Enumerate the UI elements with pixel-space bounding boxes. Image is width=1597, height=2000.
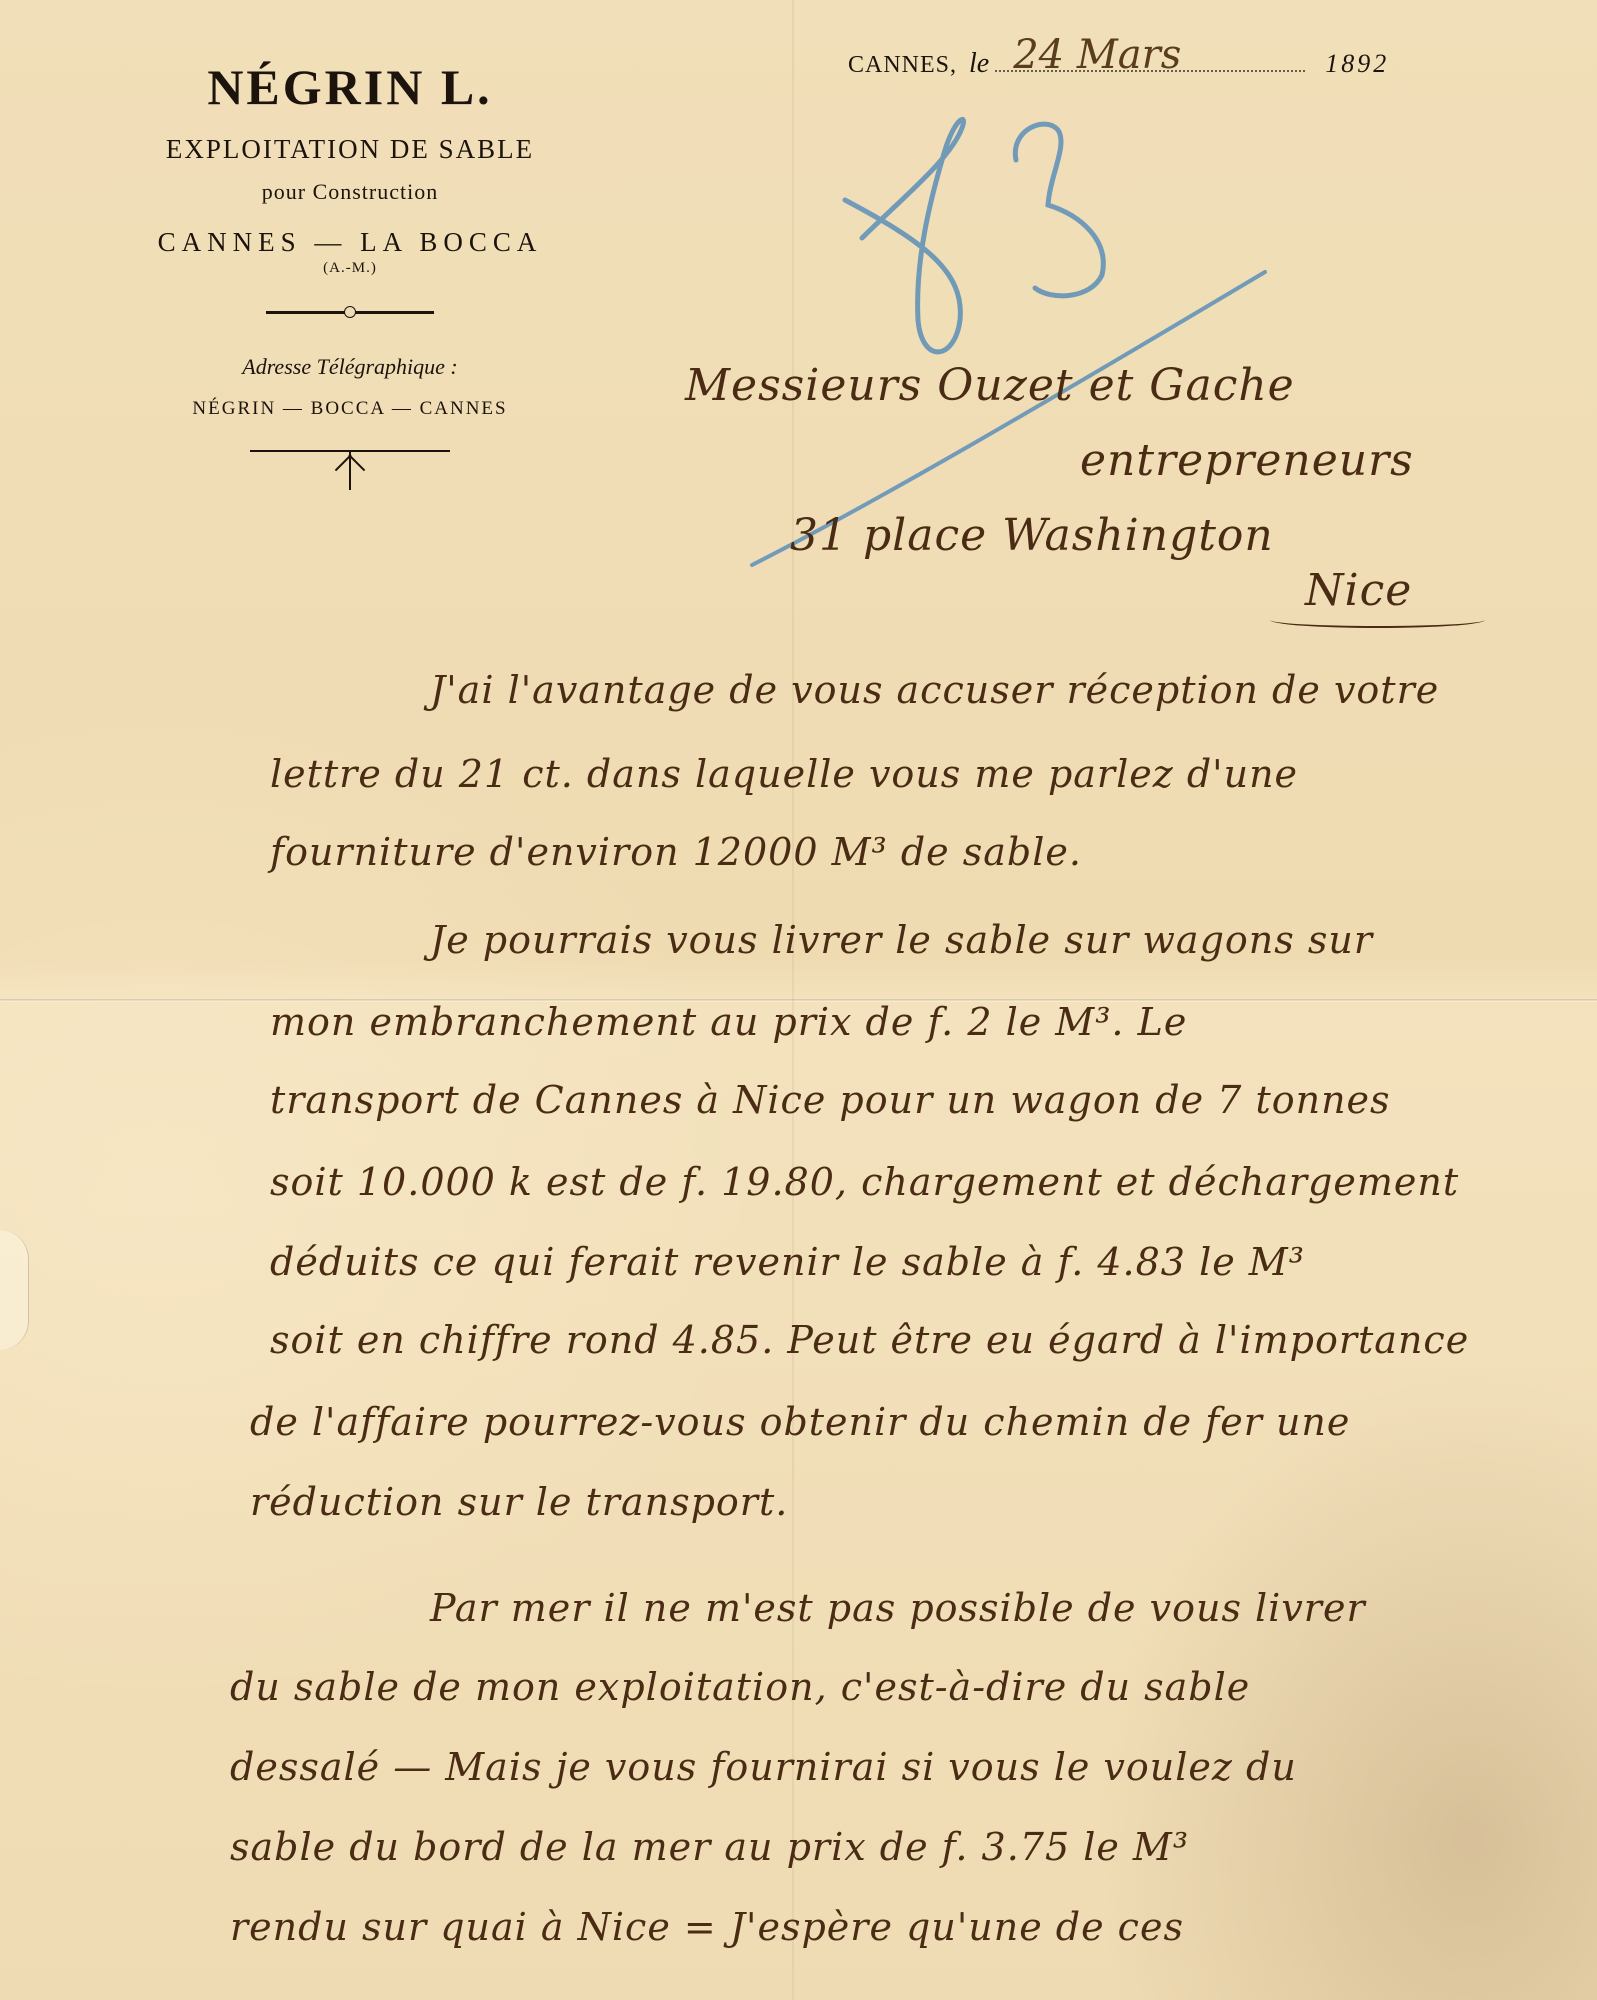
dateline-city: CANNES, <box>848 52 957 78</box>
recipient-line-1: Messieurs Ouzet et Gache <box>685 360 1295 411</box>
edge-tear <box>0 1230 29 1350</box>
telegraph-label: Adresse Télégraphique : <box>100 354 600 380</box>
body-line: déduits ce qui ferait revenir le sable à… <box>270 1240 1305 1284</box>
body-line: du sable de mon exploitation, c'est-à-di… <box>230 1665 1250 1709</box>
recipient-line-2: entrepreneurs <box>1080 435 1414 486</box>
recipient-underline <box>1270 612 1485 628</box>
dateline-day-month: 24 Mars <box>1013 32 1181 78</box>
recipient-line-3: 31 place Washington <box>790 510 1274 561</box>
recipient-line-4: Nice <box>1305 565 1412 616</box>
telegraph-address: NÉGRIN — BOCCA — CANNES <box>100 398 600 420</box>
body-line: J'ai l'avantage de vous accuser réceptio… <box>430 668 1439 712</box>
letterhead-business: EXPLOITATION DE SABLE <box>100 134 600 165</box>
ornamental-rule-arrow <box>250 450 450 452</box>
ornamental-rule <box>266 311 434 314</box>
body-line: Je pourrais vous livrer le sable sur wag… <box>430 918 1373 962</box>
arrow-up-icon <box>349 450 351 490</box>
body-line: fourniture d'environ 12000 M³ de sable. <box>270 830 1082 874</box>
dateline-le: le <box>969 48 989 79</box>
body-line: Par mer il ne m'est pas possible de vous… <box>430 1586 1366 1630</box>
dateline: CANNES, le 24 Mars 1892 <box>848 48 1389 80</box>
letterhead: NÉGRIN L. EXPLOITATION DE SABLE pour Con… <box>100 50 600 452</box>
body-line: dessalé — Mais je vous fournirai si vous… <box>230 1745 1297 1789</box>
letterhead-subtitle: pour Construction <box>100 179 600 205</box>
letterhead-name: NÉGRIN L. <box>100 58 600 116</box>
body-line: transport de Cannes à Nice pour un wagon… <box>270 1078 1391 1122</box>
body-line: soit en chiffre rond 4.85. Peut être eu … <box>270 1318 1469 1362</box>
letterhead-department: (A.-M.) <box>100 260 600 277</box>
letterhead-city: CANNES — LA BOCCA <box>100 227 600 258</box>
body-line: soit 10.000 k est de f. 19.80, chargemen… <box>270 1160 1459 1204</box>
body-line: sable du bord de la mer au prix de f. 3.… <box>230 1825 1189 1869</box>
body-line: mon embranchement au prix de f. 2 le M³.… <box>270 1000 1187 1044</box>
dateline-year: 1892 <box>1325 49 1389 78</box>
ornament-dot-icon <box>344 306 356 318</box>
dateline-dotted-field: 24 Mars <box>995 52 1305 72</box>
body-line: de l'affaire pourrez-vous obtenir du che… <box>250 1400 1350 1444</box>
body-line: réduction sur le transport. <box>250 1480 788 1524</box>
body-line: lettre du 21 ct. dans laquelle vous me p… <box>270 752 1298 796</box>
body-line: rendu sur quai à Nice = J'espère qu'une … <box>230 1905 1184 1949</box>
